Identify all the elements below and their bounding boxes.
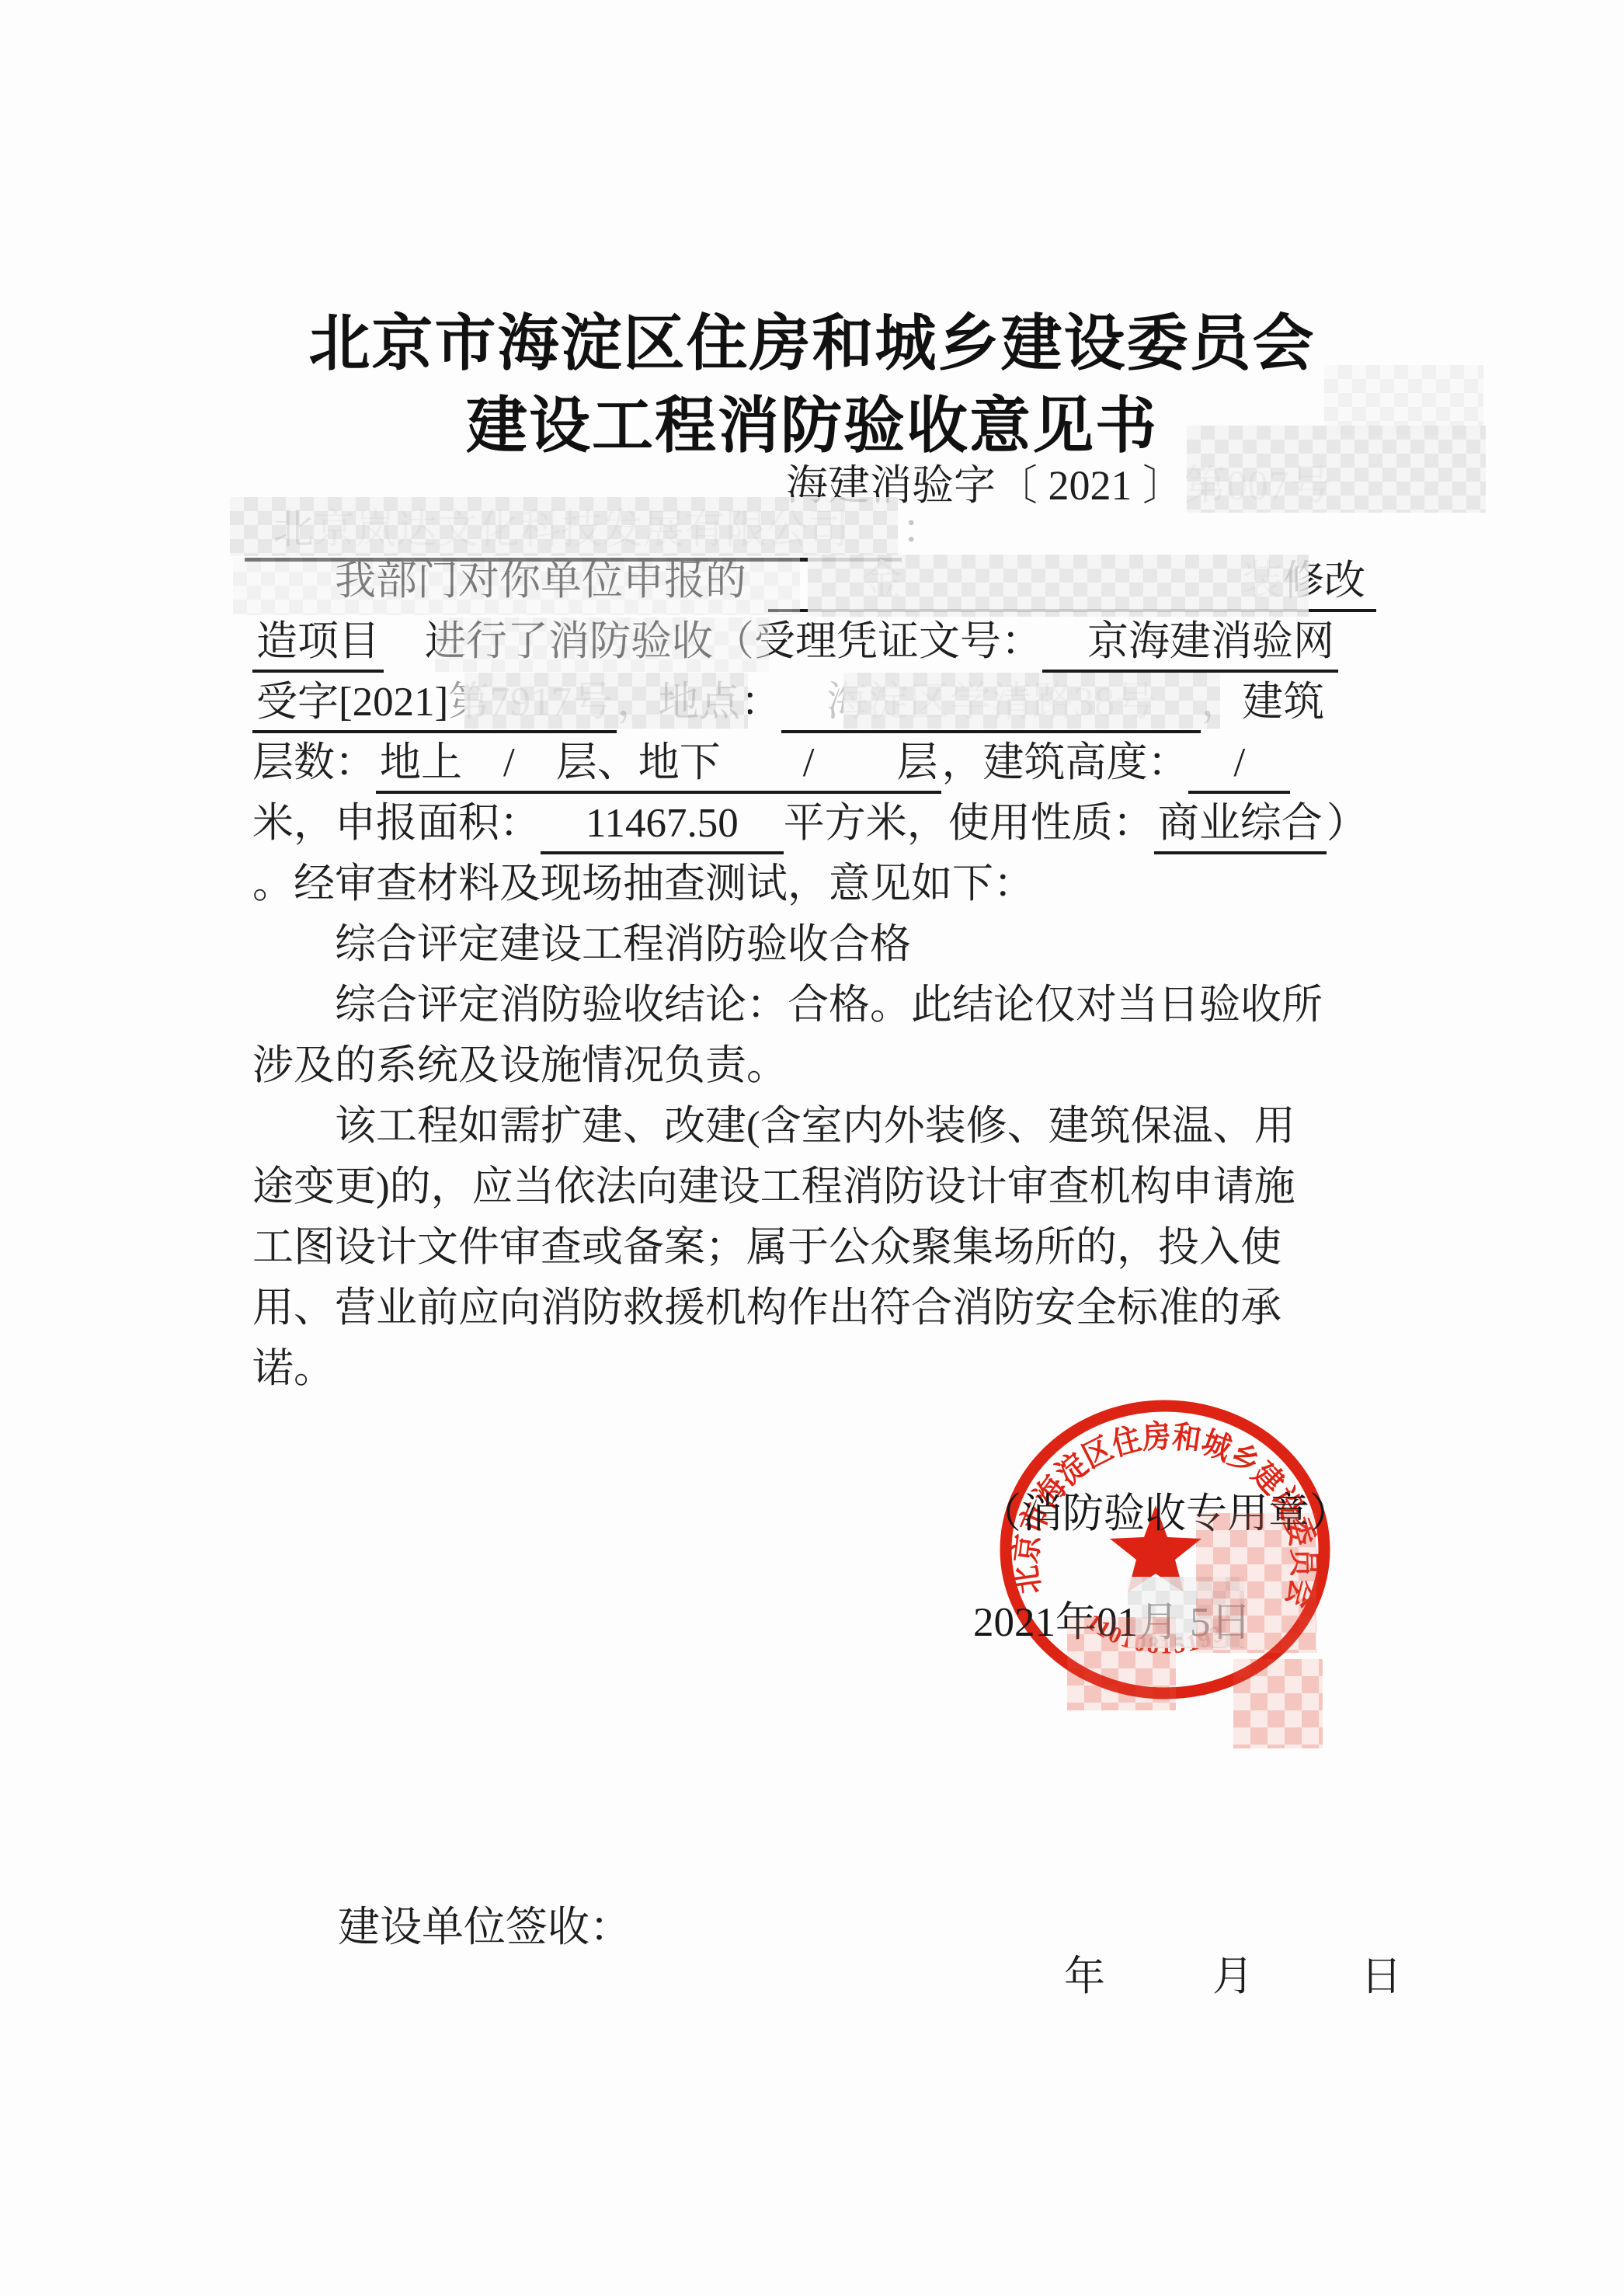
mosaic-project-name <box>808 555 1309 617</box>
company-colon-ghost: ： <box>902 507 943 552</box>
mosaic-seal-bottom-right <box>1233 1659 1323 1748</box>
usage-label: 平方米，使用性质： <box>784 801 1154 846</box>
sign-day-label: 日 <box>1361 1943 1402 2002</box>
body-line-14: 诺。 <box>252 1341 1417 1397</box>
body-line-6: 。经审查材料及现场抽查测试，意见如下： <box>252 856 1417 912</box>
sign-year-label: 年 <box>1064 1943 1105 2002</box>
permit-number-blank: 京海建消验网 <box>1042 614 1338 673</box>
mosaic-permit-number <box>464 673 748 729</box>
body-line-9: 涉及的系统及设施情况负责。 <box>252 1038 1417 1094</box>
permit-prefix: 受字[2021] <box>256 680 448 725</box>
mosaic-seal-right <box>1196 1513 1316 1653</box>
mosaic-company-name <box>230 497 898 556</box>
floors-blank: 地上 / 层、地下 / 层 <box>376 735 941 794</box>
body-line-12: 工图设计文件审查或备案；属于公众聚集场所的，投入使 <box>252 1219 1417 1275</box>
mosaic-address <box>843 673 1220 729</box>
body-line-4: 层数：地上 / 层、地下 / 层，建筑高度： / <box>252 735 1417 794</box>
body-line-3: 受字[2021]第7917号，地点： 海淀区学清路38号 ，建筑 <box>252 674 1417 733</box>
body-line-2: 造项目 进行了消防验收（受理凭证文号： 京海建消验网 <box>252 614 1417 673</box>
mosaic-seal-bottom-left <box>1067 1617 1176 1710</box>
area-value-blank: 11467.50 <box>541 795 784 854</box>
fire-acceptance-document: 北京市海淀区住房和城乡建设委员会 建设工程消防验收意见书 海建消验字〔 2021… <box>0 0 1624 2296</box>
body-line-8: 综合评定消防验收结论：合格。此结论仅对当日验收所 <box>252 977 1417 1033</box>
mosaic-top-right <box>1324 365 1483 435</box>
body-line-13: 用、营业前应向消防救援机构作出符合消防安全标准的承 <box>252 1280 1417 1336</box>
body-line-5: 米，申报面积： 11467.50 平方米，使用性质：商业综合） <box>252 795 1417 854</box>
height-blank: / <box>1188 735 1290 794</box>
body-line-7: 综合评定建设工程消防验收合格 <box>252 917 1417 972</box>
height-label: ，建筑高度： <box>941 740 1188 785</box>
usage-value-blank: 商业综合 <box>1154 795 1327 854</box>
construction-unit-sign-label: 建设单位签收： <box>338 1894 631 1953</box>
project-blank-continued: 造项目 <box>252 614 384 673</box>
mosaic-doc-number <box>1187 426 1486 513</box>
area-label: 米，申报面积： <box>252 801 541 846</box>
floors-label: 层数： <box>252 740 376 785</box>
mosaic-line1-wash <box>233 558 800 615</box>
sign-date-line: 年 月 日 <box>1064 1943 1402 2002</box>
mosaic-line2-wash <box>435 617 769 672</box>
closing-paren: ） <box>1327 801 1368 846</box>
body-line-10: 该工程如需扩建、改建(含室内外装修、建筑保温、用 <box>252 1098 1417 1154</box>
body-line-11: 途变更)的，应当依法向建设工程消防设计审查机构申请施 <box>252 1159 1417 1215</box>
sign-month-label: 月 <box>1212 1943 1254 2002</box>
